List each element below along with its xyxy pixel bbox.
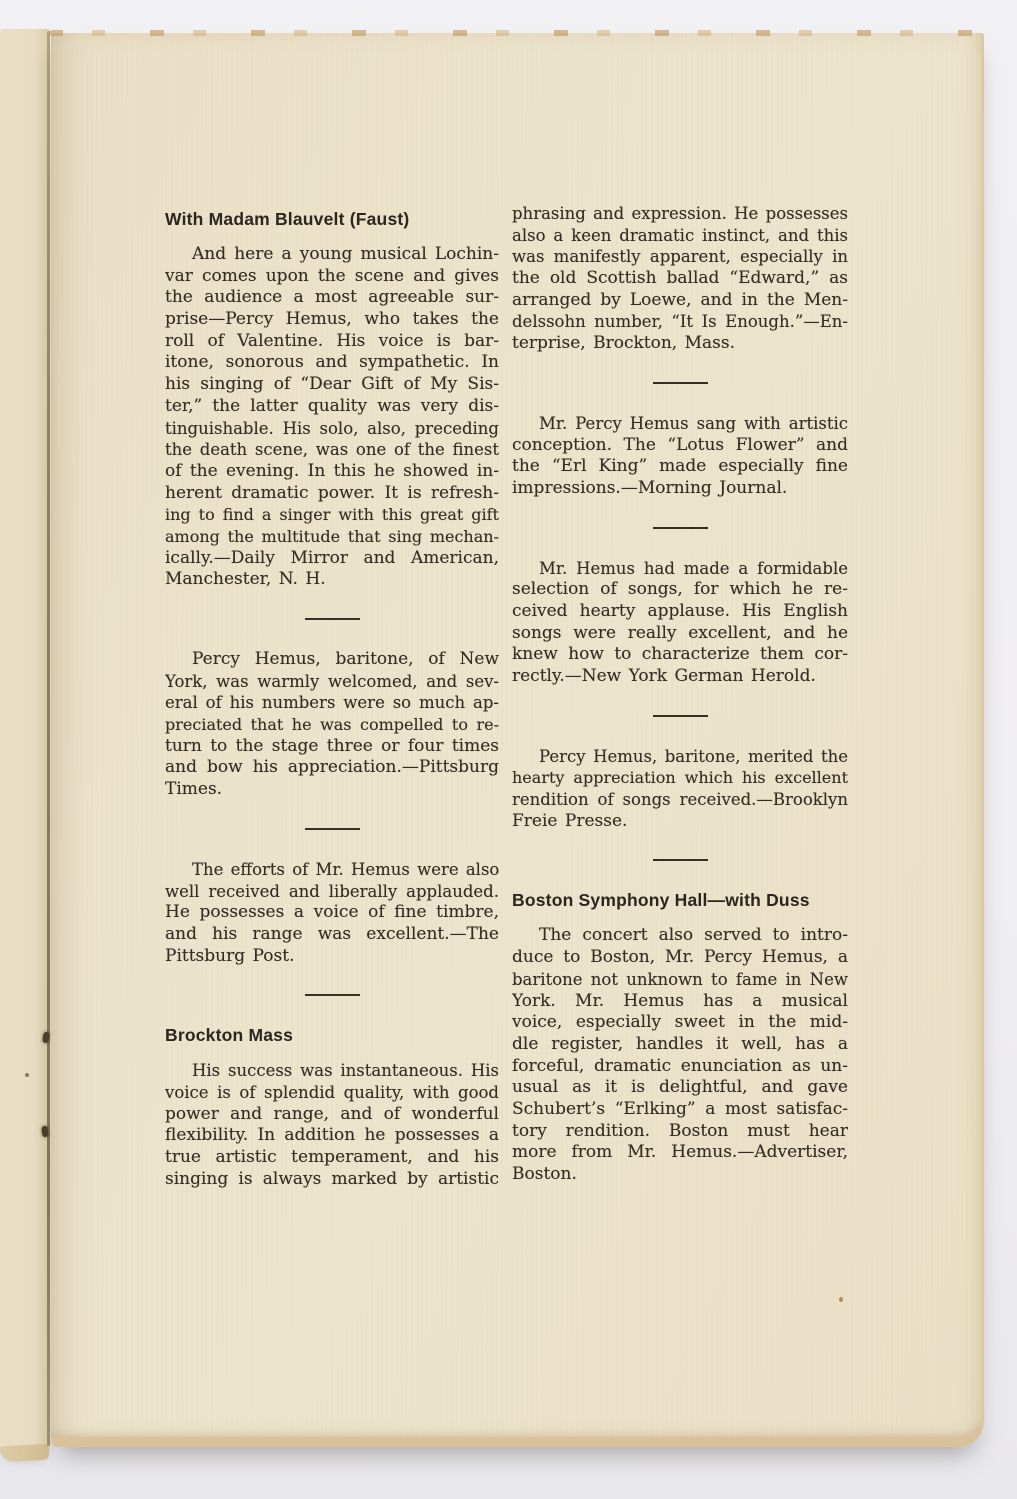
text-line: the “Erl King” made especially fine (512, 456, 848, 478)
text-line: His success was instantaneous. His (165, 1060, 499, 1082)
text-line: ceived hearty applause. His English (512, 601, 848, 623)
text-line: the audience a most agreeable sur- (165, 287, 499, 309)
quote-paragraph: The efforts of Mr. Hemus were alsowell r… (165, 859, 499, 967)
quote-paragraph: phrasing and expression. He possessesals… (512, 203, 848, 355)
quote-paragraph: The concert also served to intro-duce to… (512, 925, 848, 1185)
text-line: true artistic temperament, and his (165, 1147, 499, 1169)
text-line: knew how to characterize them cor- (512, 644, 848, 666)
text-line: itone, sonorous and sympathetic. In (165, 352, 499, 374)
text-line: Percy Hemus, baritone, merited the (512, 746, 848, 768)
text-line: phrasing and expression. He possesses (512, 203, 848, 225)
text-line: power and range, and of wonderful (165, 1104, 499, 1126)
paper-speck (25, 1073, 29, 1077)
text-line: roll of Valentine. His voice is bar- (165, 331, 499, 353)
text-line: well received and liberally applauded. (165, 881, 499, 903)
text-line: The efforts of Mr. Hemus were also (165, 859, 499, 881)
section-divider (653, 859, 708, 861)
text-line: flexibility. In addition he possesses a (165, 1125, 499, 1147)
quote-paragraph: His success was instantaneous. Hisvoice … (165, 1060, 499, 1190)
text-line: the death scene, was one of the finest (165, 439, 499, 461)
text-line: Schubert’s “Erlking” a most satisfac- (512, 1099, 848, 1121)
scan-background: With Madam Blauvelt (Faust)And here a yo… (0, 0, 1017, 1499)
text-line: and his range was excellent.—The (165, 924, 499, 946)
text-line: arranged by Loewe, and in the Men- (512, 290, 848, 312)
text-line: baritone not unknown to fame in New (512, 969, 848, 991)
text-line: He possesses a voice of fine timbre, (165, 902, 499, 924)
previous-page-edge (0, 29, 49, 1453)
text-line: also a keen dramatic instinct, and this (512, 225, 848, 247)
text-line: ing to find a singer with this great gif… (165, 504, 499, 526)
text-line: Percy Hemus, baritone, of New (165, 649, 499, 671)
section-divider (305, 828, 360, 830)
text-line: ter,” the latter quality was very dis- (165, 396, 499, 418)
section-heading: Brockton Mass (165, 1025, 499, 1046)
text-line: rendition of songs received.—Brooklyn (512, 789, 848, 811)
text-line: singing is always marked by artistic (165, 1169, 499, 1191)
text-line: hearty appreciation which his excellent (512, 767, 848, 789)
paper-speck (839, 1297, 843, 1302)
quote-paragraph: Mr. Hemus had made a formidableselection… (512, 558, 848, 688)
section-heading: Boston Symphony Hall—with Duss (512, 890, 848, 911)
text-line: Mr. Hemus had made a formidable (512, 558, 848, 580)
text-line: selection of songs, for which he re- (512, 579, 848, 601)
text-line: the old Scottish ballad “Edward,” as (512, 268, 848, 290)
section-divider (653, 715, 708, 717)
quote-paragraph: Percy Hemus, baritone, of NewYork, was w… (165, 649, 499, 801)
text-line: delssohn number, “It Is Enough.”—En- (512, 311, 848, 333)
text-line: York. Mr. Hemus has a musical (512, 991, 848, 1013)
text-line: rectly.—New York German Herold. (512, 666, 848, 688)
section-heading: With Madam Blauvelt (Faust) (165, 209, 499, 230)
text-line: dle register, handles it well, has a (512, 1034, 848, 1056)
section-divider (305, 618, 360, 620)
text-line: tinguishable. His solo, also, preceding (165, 418, 499, 440)
text-line: turn to the stage three or four times (165, 736, 499, 758)
quote-paragraph: Percy Hemus, baritone, merited thehearty… (512, 746, 848, 833)
section-divider (305, 994, 360, 996)
text-line: was manifestly apparent, especially in (512, 246, 848, 268)
text-line: Freie Presse. (512, 811, 848, 833)
text-line: eral of his numbers were so much ap- (165, 692, 499, 714)
text-line: preciated that he was compelled to re- (165, 714, 499, 736)
text-line: forceful, dramatic enunciation as un- (512, 1056, 848, 1078)
text-line: herent dramatic power. It is refresh- (165, 483, 499, 505)
binding-gutter-line (47, 31, 50, 1446)
text-line: Boston. (512, 1164, 848, 1186)
text-line: And here a young musical Lochin- (165, 244, 499, 266)
text-line: Manchester, N. H. (165, 569, 499, 591)
text-line: York, was warmly welcomed, and sev- (165, 671, 499, 693)
text-line: terprise, Brockton, Mass. (512, 333, 848, 355)
quote-paragraph: And here a young musical Lochin-var come… (165, 244, 499, 591)
text-line: usual as it is delightful, and gave (512, 1077, 848, 1099)
section-divider (653, 527, 708, 529)
left-text-column: With Madam Blauvelt (Faust)And here a yo… (165, 203, 499, 1190)
binding-stitch (41, 1126, 48, 1138)
text-line: var comes upon the scene and gives (165, 266, 499, 288)
text-line: of the evening. In this he showed in- (165, 461, 499, 483)
text-line: more from Mr. Hemus.—Advertiser, (512, 1142, 848, 1164)
section-divider (653, 382, 708, 384)
text-line: duce to Boston, Mr. Percy Hemus, a (512, 947, 848, 969)
text-line: among the multitude that sing mechan- (165, 526, 499, 548)
deckle-top-edge (49, 30, 983, 36)
text-line: conception. The “Lotus Flower” and (512, 435, 848, 457)
text-line: his singing of “Dear Gift of My Sis- (165, 374, 499, 396)
text-line: Times. (165, 779, 499, 801)
text-line: ically.—Daily Mirror and American, (165, 548, 499, 570)
text-line: prise—Percy Hemus, who takes the (165, 309, 499, 331)
text-line: Mr. Percy Hemus sang with artistic (512, 413, 848, 435)
text-line: and bow his appreciation.—Pittsburg (165, 757, 499, 779)
text-line: tory rendition. Boston must hear (512, 1121, 848, 1143)
text-line: impressions.—Morning Journal. (512, 478, 848, 500)
text-line: voice is of splendid quality, with good (165, 1082, 499, 1104)
text-line: voice, especially sweet in the mid- (512, 1012, 848, 1034)
text-line: The concert also served to intro- (512, 925, 848, 947)
text-line: Pittsburg Post. (165, 946, 499, 968)
right-text-column: phrasing and expression. He possessesals… (512, 203, 848, 1186)
book-page: With Madam Blauvelt (Faust)And here a yo… (51, 33, 984, 1447)
text-line: songs were really excellent, and he (512, 623, 848, 645)
quote-paragraph: Mr. Percy Hemus sang with artisticconcep… (512, 413, 848, 500)
